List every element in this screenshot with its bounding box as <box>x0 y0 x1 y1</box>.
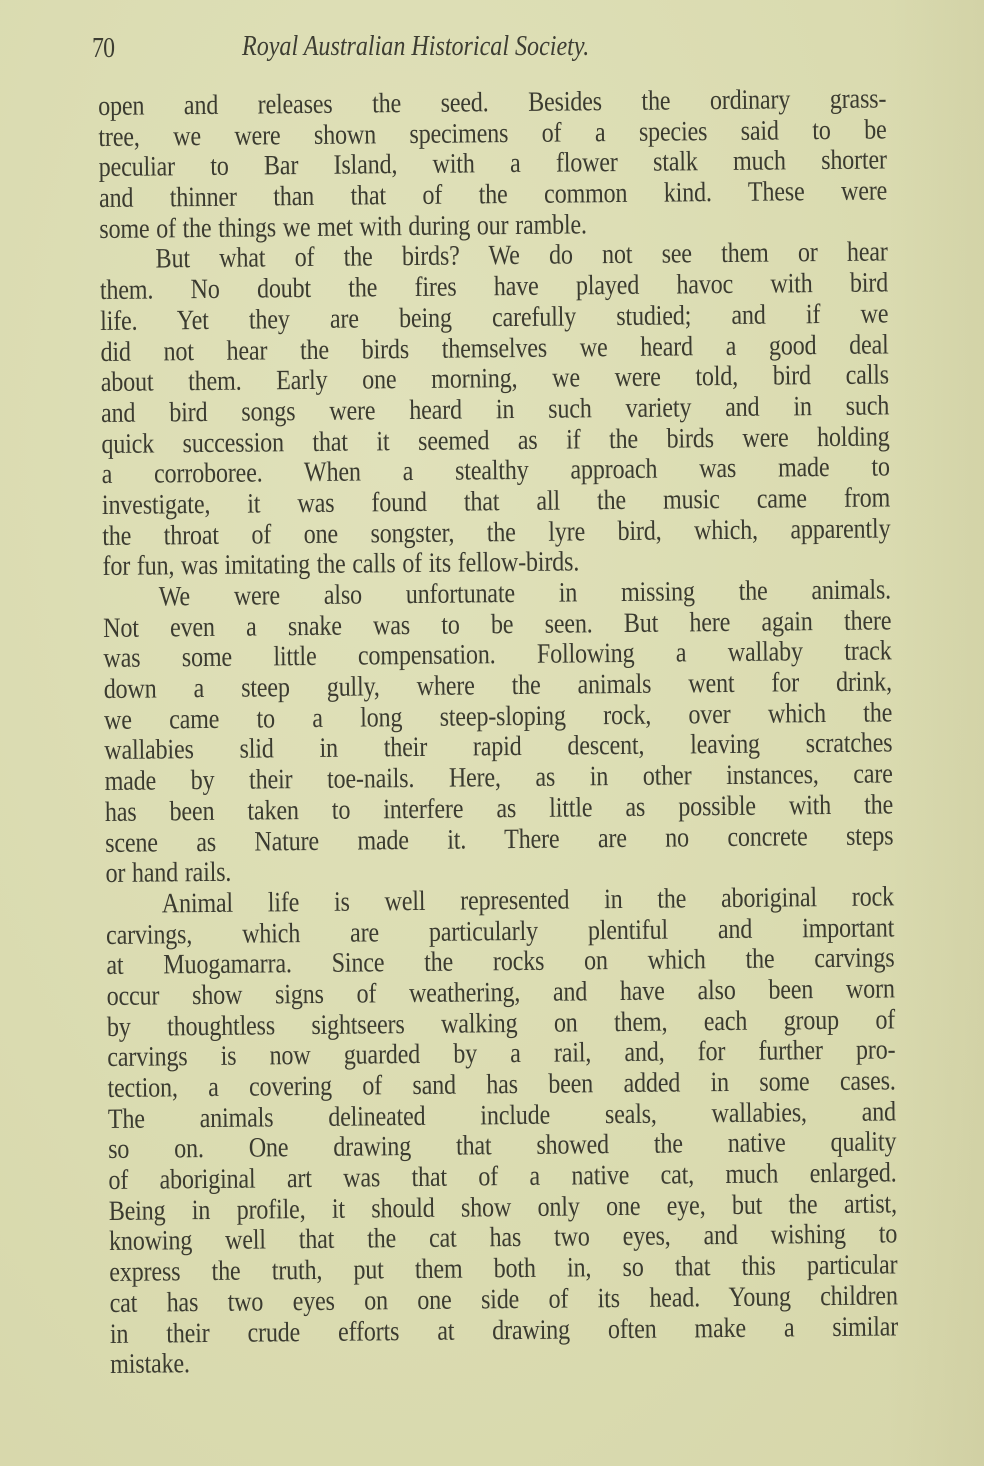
scanned-page: 70 Royal Australian Historical Society. … <box>0 0 984 1466</box>
text-line-content: mistake. <box>110 1343 898 1381</box>
page-header: 70 Royal Australian Historical Society. <box>92 32 752 72</box>
paragraph: Animal life is well represented in the a… <box>106 882 899 1381</box>
paragraph: We were also unfortunate in missing the … <box>103 575 894 889</box>
text-line: mistake. <box>110 1343 898 1381</box>
paragraph: But what of the birds? We do not see the… <box>99 238 890 583</box>
page-number: 70 <box>92 32 114 65</box>
paragraph: open and releases the seed. Besides the … <box>98 84 887 245</box>
running-title: Royal Australian Historical Society. <box>242 30 589 63</box>
body-text: open and releases the seed. Besides the … <box>98 84 898 1380</box>
